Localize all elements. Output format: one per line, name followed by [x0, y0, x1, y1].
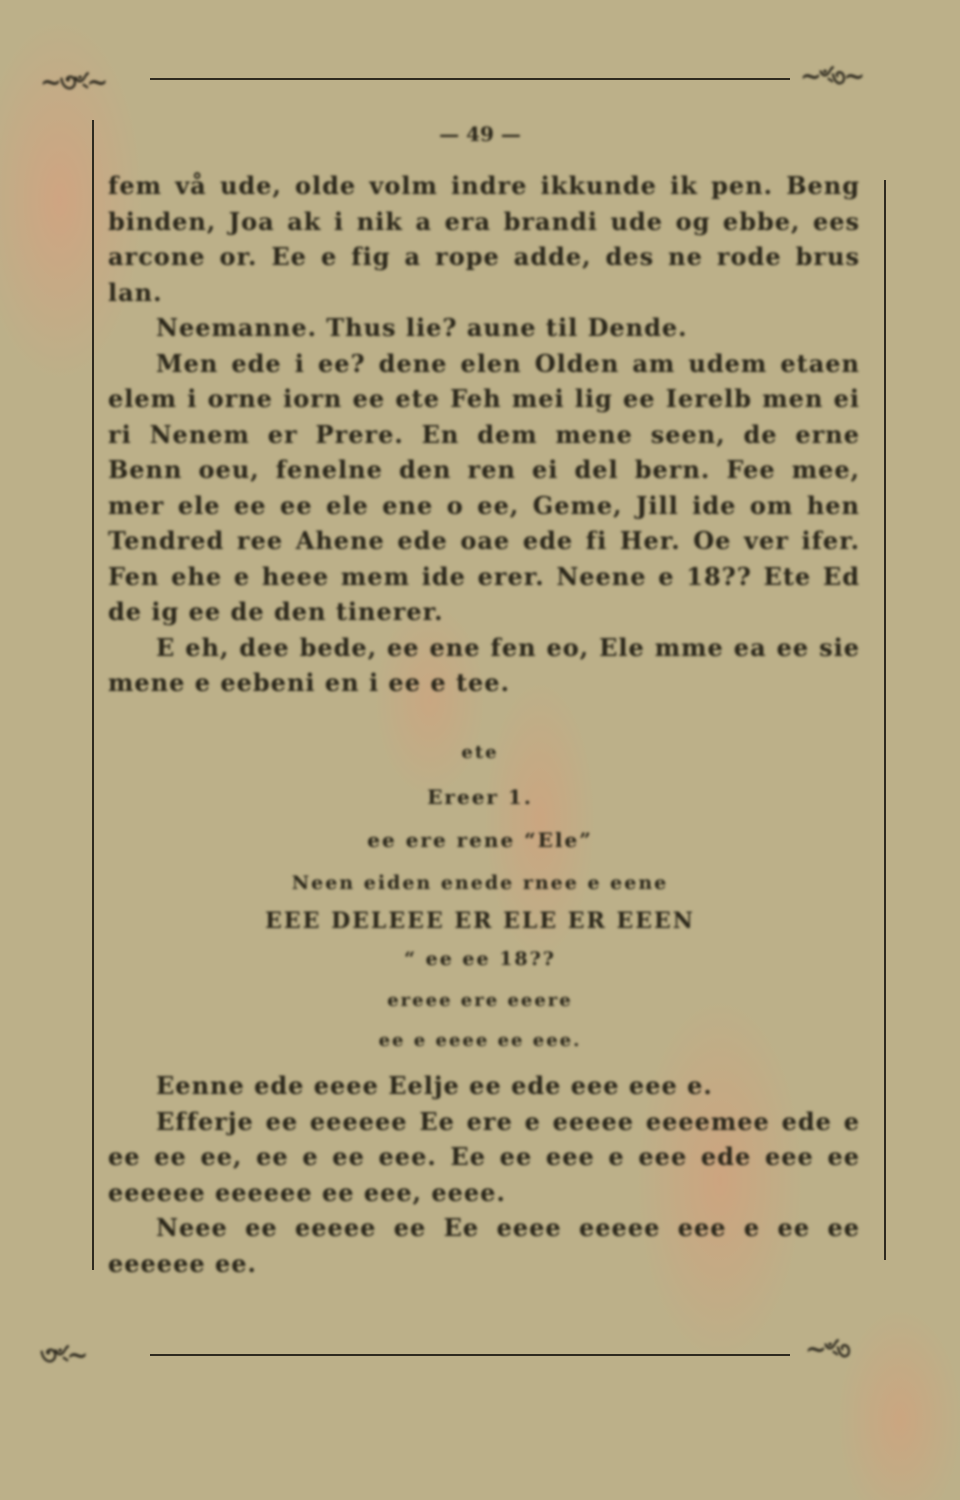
- centered-line: ete: [0, 742, 960, 763]
- scanned-page: ~৩ৼ~ ~ৼ৩~ ৩ৼ~ ~ৼ৩ — 49 — fem vå ude, old…: [0, 0, 960, 1500]
- paragraph: E eh, dee bede, ee ene fen eo, Ele mme e…: [108, 630, 860, 701]
- ornament-top-right-icon: ~ৼ৩~: [800, 62, 863, 93]
- body-text-bottom: Eenne ede eeee Eelje ee ede eee eee e. E…: [108, 1068, 860, 1281]
- paragraph: fem vå ude, olde volm indre ikkunde ik p…: [108, 168, 860, 310]
- paragraph: Efferje ee eeeeee Ee ere e eeeee eeeemee…: [108, 1104, 860, 1211]
- body-text-top: fem vå ude, olde volm indre ikkunde ik p…: [108, 168, 860, 701]
- ornament-bottom-left-icon: ৩ৼ~: [40, 1335, 86, 1379]
- centered-line: EEE DELEEE ER ELE ER EEEN: [0, 908, 960, 934]
- centered-line: ee ere rene “Ele”: [0, 828, 960, 852]
- ornament-bottom-right-icon: ~ৼ৩: [805, 1335, 848, 1366]
- top-border-rule: [150, 78, 790, 80]
- centered-line: Neen eiden enede rnee e eene: [0, 872, 960, 894]
- centered-line: “ ee ee 18??: [0, 948, 960, 970]
- paragraph: Eenne ede eeee Eelje ee ede eee eee e.: [108, 1068, 860, 1104]
- centered-line: ereee ere eeere: [0, 990, 960, 1011]
- paragraph: Neemanne. Thus lie? aune til Dende.: [108, 310, 860, 346]
- bottom-border-rule: [150, 1354, 790, 1356]
- ornament-top-left-icon: ~৩ৼ~: [40, 62, 106, 106]
- centered-line: Ereer 1.: [0, 785, 960, 809]
- centered-line: ee e eeee ee eee.: [0, 1030, 960, 1051]
- left-border-rule: [92, 120, 94, 1270]
- paragraph: Men ede i ee? dene elen Olden am udem et…: [108, 346, 860, 630]
- paragraph: Neee ee eeeee ee Ee eeee eeeee eee e ee …: [108, 1210, 860, 1281]
- right-border-rule: [884, 180, 886, 1260]
- running-head: — 49 —: [0, 122, 960, 146]
